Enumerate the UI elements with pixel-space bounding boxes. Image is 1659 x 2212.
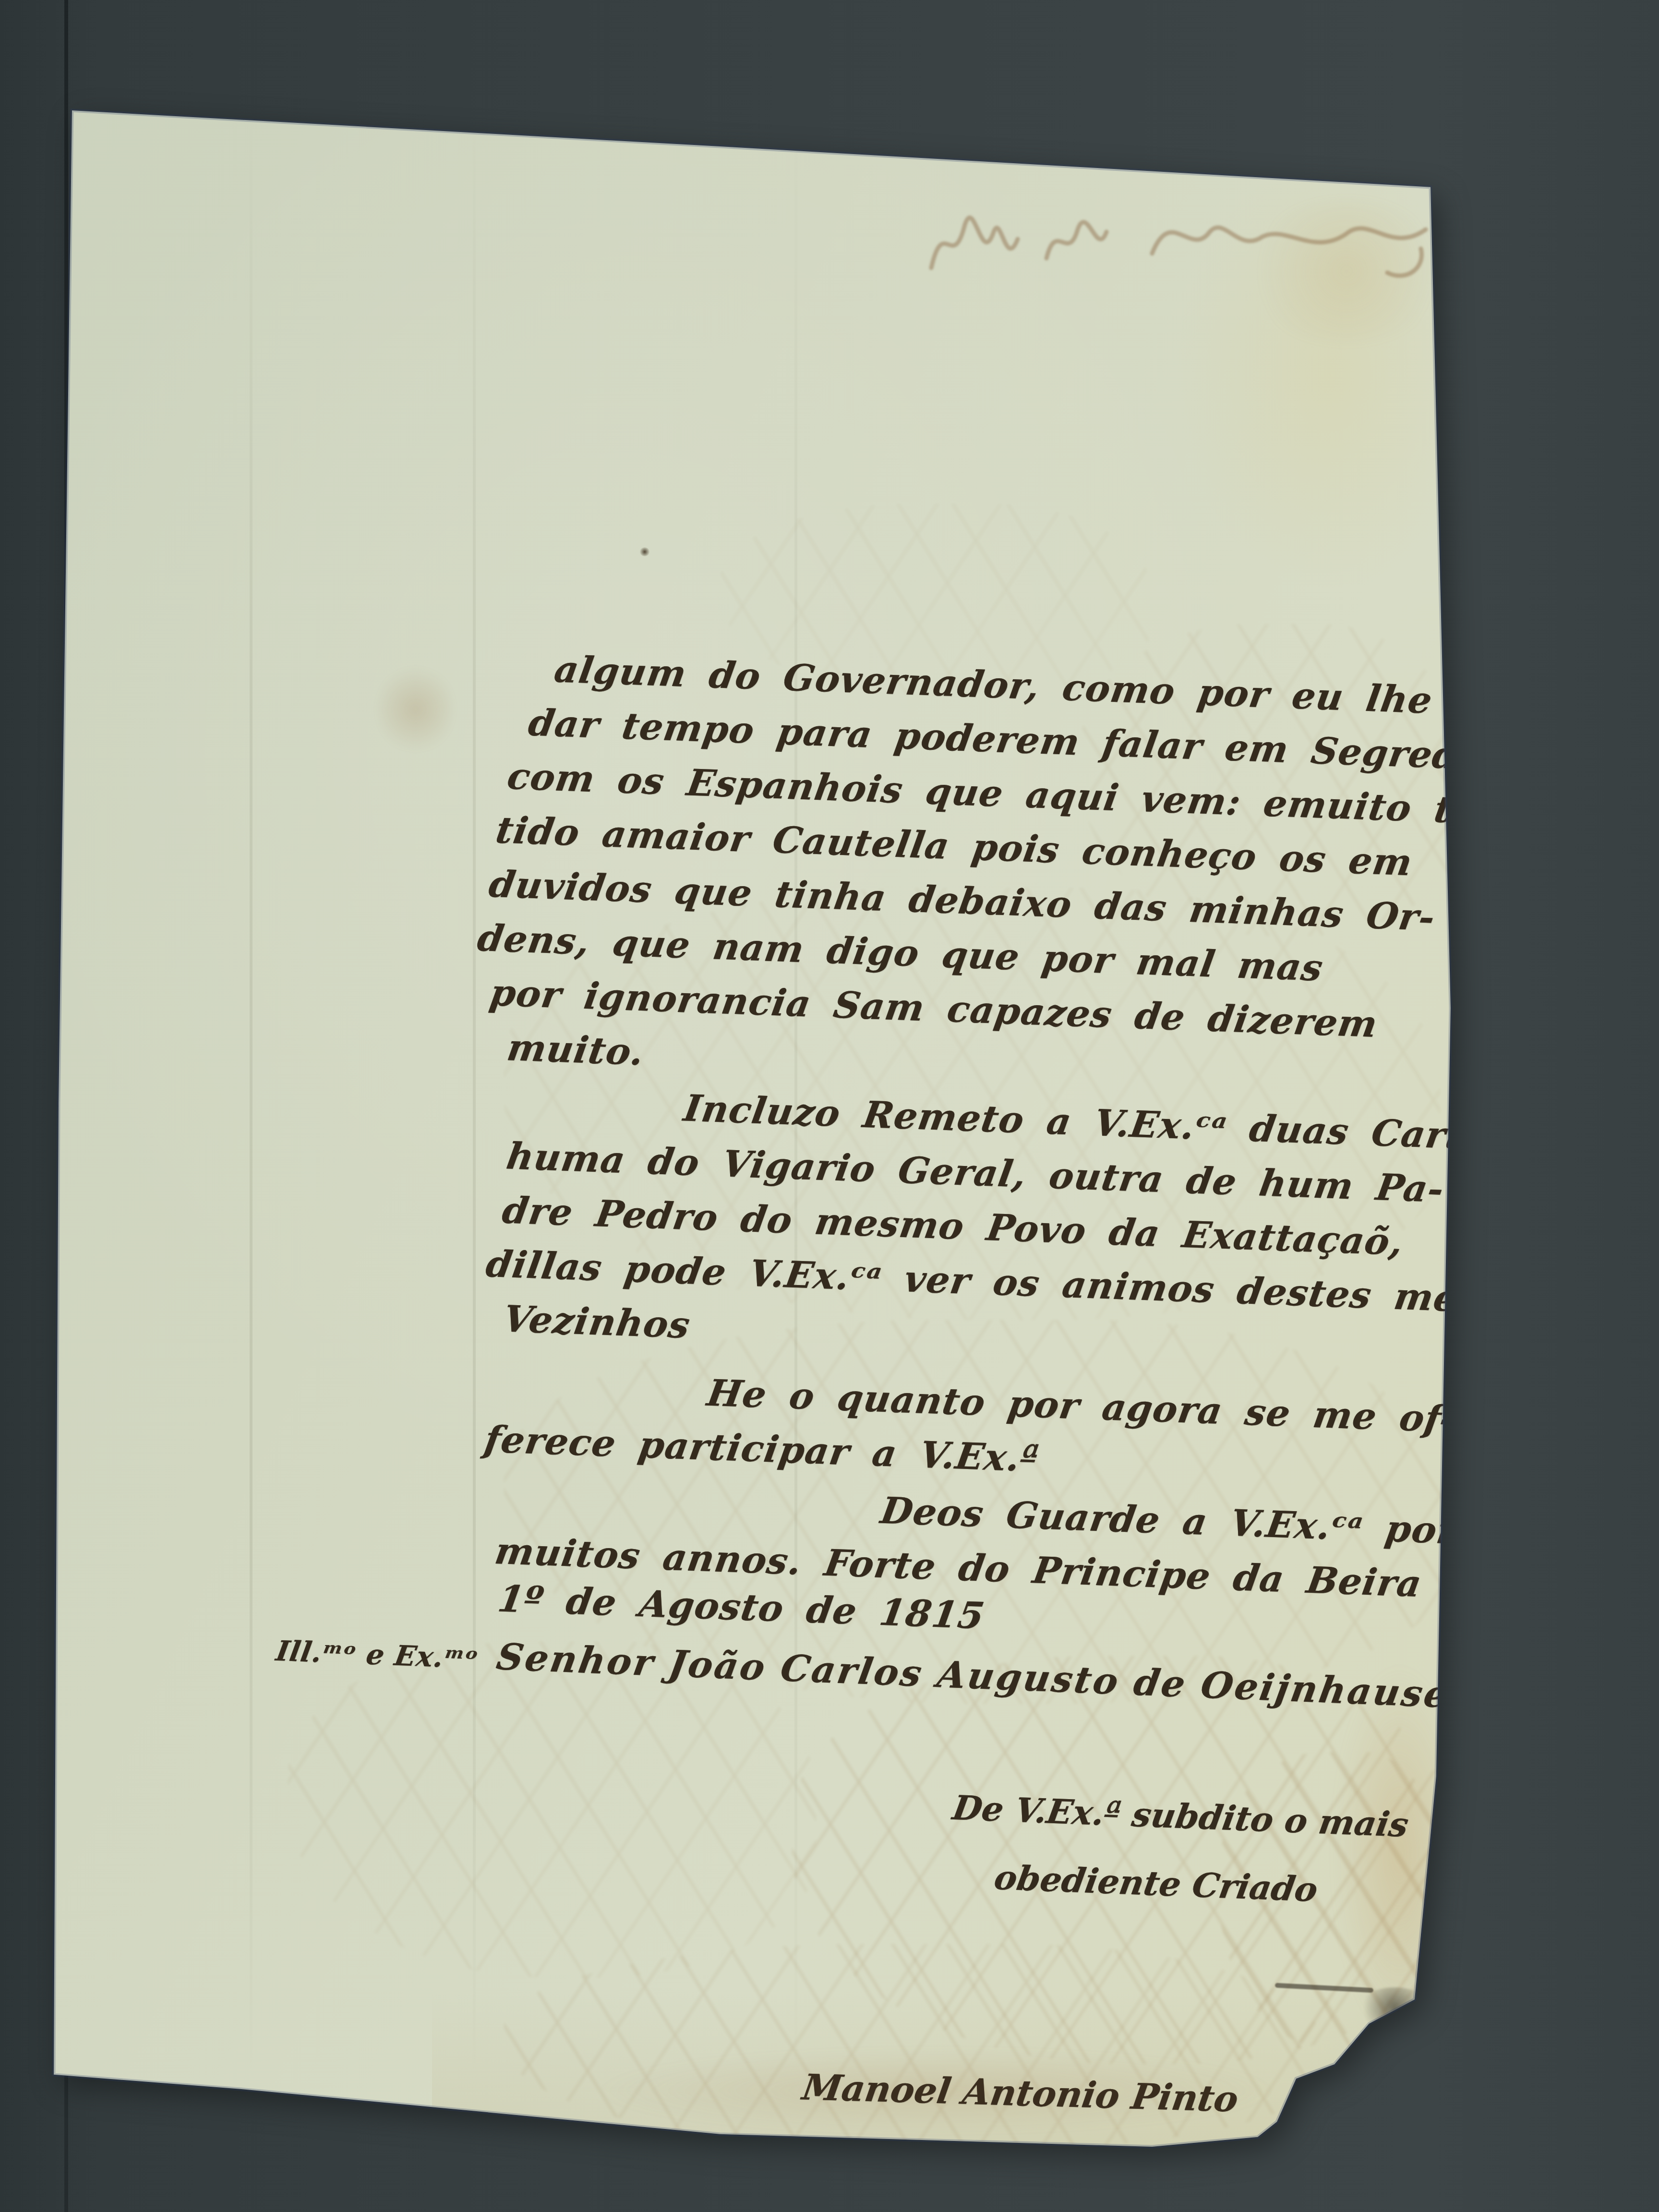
paper-stain — [1334, 1666, 1464, 2040]
paper-crease — [250, 110, 252, 2079]
faded-ink-annotation — [902, 186, 1479, 301]
honorific-prefix: Ill.ᵐᵒ e Ex.ᵐᵒ — [274, 1635, 481, 1675]
paper-stain — [378, 662, 453, 756]
manuscript-page: algum do Governador, como por eu lhe naõ… — [0, 0, 1659, 2212]
ink-speck — [639, 547, 650, 556]
letter-body: algum do Governador, como por eu lhe naõ… — [450, 639, 1512, 1660]
ink-bleedthrough-texture — [288, 1642, 816, 1978]
ink-blot — [1358, 1987, 1431, 2028]
paper-shadow-wrapper: algum do Governador, como por eu lhe naõ… — [0, 0, 1659, 2212]
photo-backdrop: algum do Governador, como por eu lhe naõ… — [0, 0, 1659, 2212]
